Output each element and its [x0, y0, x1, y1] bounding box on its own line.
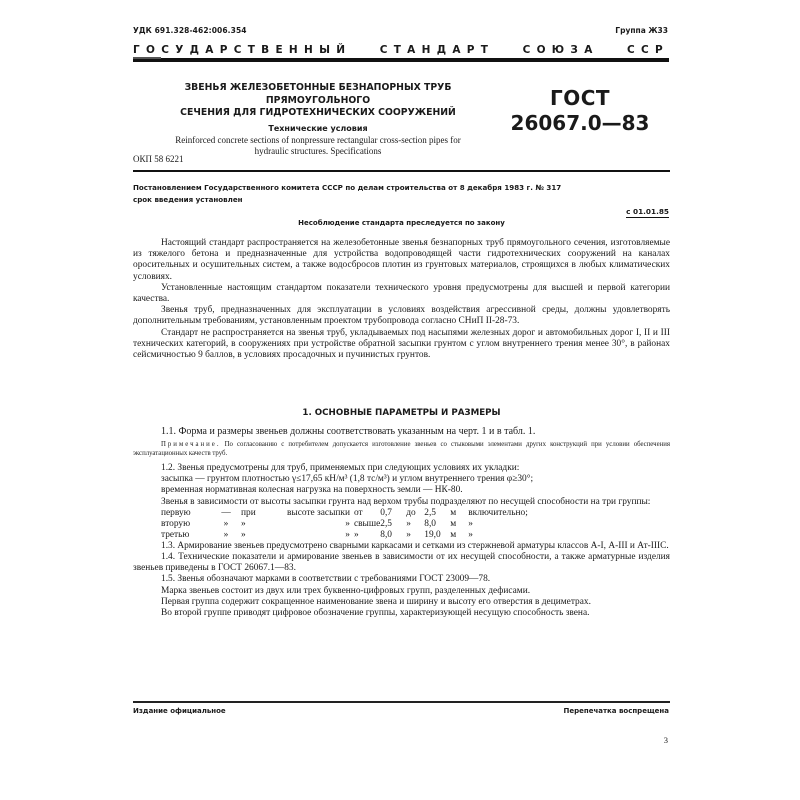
gost-designation: ГОСТ 26067.0—83 — [505, 87, 655, 136]
load-groups-table: первую — при высоте засыпки от 0,7 до 2,… — [161, 508, 528, 541]
clause-1-3: 1.3. Армирование звеньев предусмотрено с… — [133, 541, 670, 552]
group-unit: м — [450, 519, 468, 530]
section-1-clauses: 1.2. Звенья предусмотрены для труб, прим… — [133, 463, 670, 619]
group-name: первую — [161, 508, 211, 519]
second-group-description: Во второй группе приводят цифровое обозн… — [133, 608, 670, 619]
group-cell: при — [241, 508, 287, 519]
decree-line-1: Постановлением Государственного комитета… — [133, 182, 670, 194]
page-number: 3 — [664, 735, 668, 745]
backfill-condition: засыпка — грунтом плотностью γ≤17,65 кН/… — [133, 474, 670, 485]
title-line-1: ЗВЕНЬЯ ЖЕЛЕЗОБЕТОННЫЕ БЕЗНАПОРНЫХ ТРУБ П… — [133, 82, 503, 107]
group-cell: свыше — [354, 519, 380, 530]
group-cell: » — [406, 519, 424, 530]
group-cell: высоте засыпки — [287, 508, 354, 519]
clause-1-2: 1.2. Звенья предусмотрены для труб, прим… — [133, 463, 670, 474]
mark-description: Марка звеньев состоит из двух или трех б… — [133, 586, 670, 597]
clause-1-5: 1.5. Звенья обозначают марками в соответ… — [133, 574, 670, 585]
gost-number: 26067.0—83 — [505, 110, 655, 136]
banner-rule — [133, 58, 669, 62]
note-label: Примечание. — [161, 441, 221, 448]
clause-text: 1.1. Форма и размеры звеньев должны соот… — [133, 426, 670, 438]
first-group-description: Первая группа содержит сокращенное наиме… — [133, 597, 670, 608]
gost-label: ГОСТ — [505, 87, 655, 110]
intro-paragraph: Настоящий стандарт распространяется на ж… — [133, 238, 670, 283]
section-title: 1. ОСНОВНЫЕ ПАРАМЕТРЫ И РАЗМЕРЫ — [133, 408, 670, 418]
title-english-line-1: Reinforced concrete sections of nonpress… — [133, 135, 503, 145]
group-cell: » — [211, 530, 241, 541]
group-name: третью — [161, 530, 211, 541]
title-english-line-2: hydraulic structures. Specifications — [133, 146, 503, 156]
reprint-prohibited-label: Перепечатка воспрещена — [564, 707, 669, 715]
decree-line-2: срок введения установлен — [133, 194, 670, 206]
group-cell: » — [354, 530, 380, 541]
group-cell: от — [354, 508, 380, 519]
intro-paragraph: Установленные настоящим стандартом показ… — [133, 283, 670, 305]
group-code: Группа Ж33 — [615, 26, 668, 35]
clause-1-1: 1.1. Форма и размеры звеньев должны соот… — [133, 426, 670, 438]
introduction-date: с 01.01.85 — [626, 207, 669, 218]
group-cell: » — [287, 530, 354, 541]
title-subtitle: Технические условия — [133, 123, 503, 134]
decree-text: Постановлением Государственного комитета… — [133, 182, 670, 206]
banner-rule-accent — [133, 57, 161, 59]
group-unit: м — [450, 530, 468, 541]
clause-1-4: 1.4. Технические показатели и армировани… — [133, 552, 670, 574]
official-edition-label: Издание официальное — [133, 707, 226, 715]
udk-code: УДК 691.328-462:006.354 — [133, 26, 247, 35]
standard-title: ЗВЕНЬЯ ЖЕЛЕЗОБЕТОННЫЕ БЕЗНАПОРНЫХ ТРУБ П… — [133, 82, 503, 156]
group-row: первую — при высоте засыпки от 0,7 до 2,… — [161, 508, 528, 519]
intro-paragraph: Стандарт не распространяется на звенья т… — [133, 328, 670, 362]
group-cell: » — [211, 519, 241, 530]
okp-code: ОКП 58 6221 — [133, 154, 184, 164]
group-to: 19,0 — [424, 530, 450, 541]
group-cell: включительно; — [468, 508, 528, 519]
intro-paragraph: Звенья труб, предназначенных для эксплуа… — [133, 305, 670, 327]
group-from: 2,5 — [380, 519, 406, 530]
group-cell: до — [406, 508, 424, 519]
introduction: Настоящий стандарт распространяется на ж… — [133, 238, 670, 361]
note: Примечание. По согласованию с потребител… — [133, 440, 670, 458]
group-cell: » — [241, 530, 287, 541]
group-cell: » — [468, 530, 528, 541]
groups-intro: Звенья в зависимости от высоты засыпки г… — [133, 497, 670, 508]
title-line-2: СЕЧЕНИЯ ДЛЯ ГИДРОТЕХНИЧЕСКИХ СООРУЖЕНИЙ — [133, 107, 503, 120]
group-row: третью » » » » 8,0 » 19,0 м » — [161, 530, 528, 541]
group-cell: — — [211, 508, 241, 519]
group-from: 8,0 — [380, 530, 406, 541]
group-to: 8,0 — [424, 519, 450, 530]
group-name: вторую — [161, 519, 211, 530]
law-notice: Несоблюдение стандарта преследуется по з… — [133, 219, 670, 227]
group-cell: » — [406, 530, 424, 541]
group-cell: » — [287, 519, 354, 530]
document-page: УДК 691.328-462:006.354 Группа Ж33 ГОСУД… — [0, 0, 800, 800]
load-condition: временная нормативная колесная нагрузка … — [133, 485, 670, 496]
group-row: вторую » » » свыше 2,5 » 8,0 м » — [161, 519, 528, 530]
group-from: 0,7 — [380, 508, 406, 519]
group-to: 2,5 — [424, 508, 450, 519]
footer-rule — [133, 701, 670, 703]
group-cell: » — [468, 519, 528, 530]
group-cell: » — [241, 519, 287, 530]
header-rule — [133, 170, 670, 172]
group-unit: м — [450, 508, 468, 519]
